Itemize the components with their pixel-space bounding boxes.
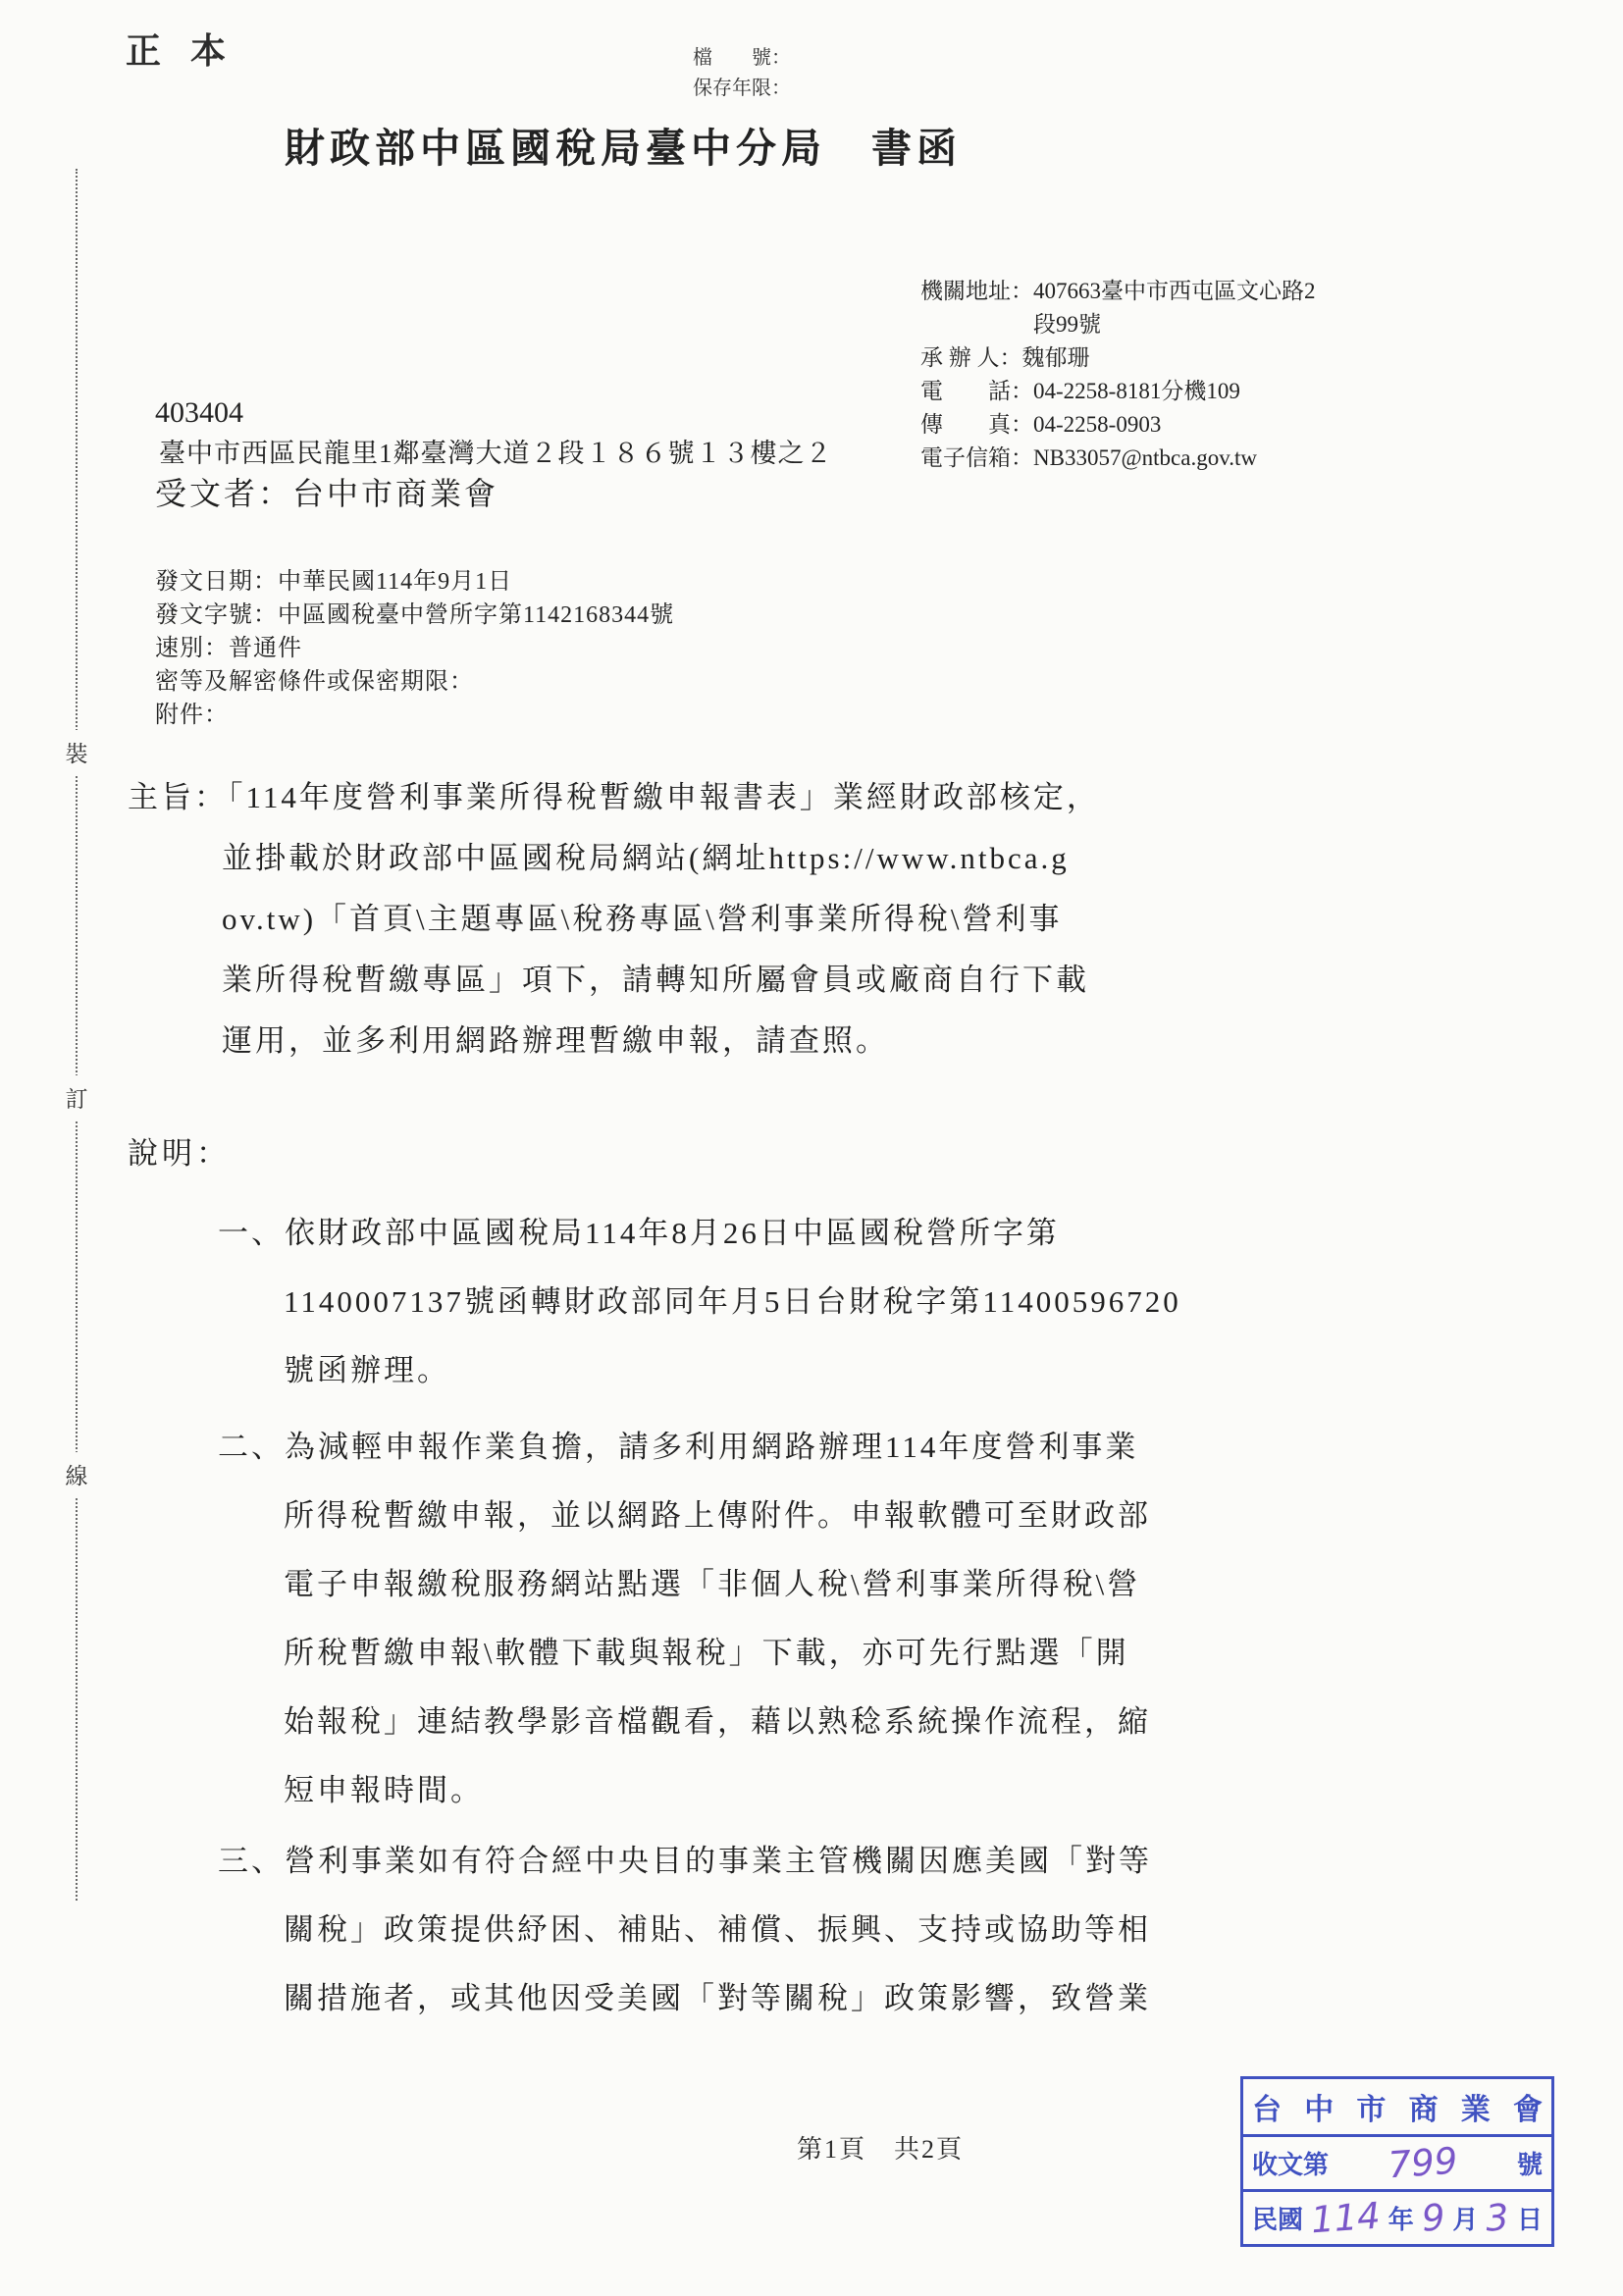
retention-period-label: 保存年限： [693,74,791,104]
stamp-date-row: 民國 114 年 9 月 3 日 [1243,2189,1551,2244]
stamp-day-suffix: 日 [1517,2200,1543,2236]
stamp-year-handwritten: 114 [1310,2198,1382,2239]
stamp-org-char: 市 [1356,2085,1386,2128]
description-item-2: 二、為減輕申報作業負擔，請多利用網路辦理114年度營利事業 所得稅暫繳申報，並以… [218,1413,1226,1825]
email-value: NB33057@ntbca.gov.tw [1033,442,1257,475]
file-number-label: 檔 號： [693,43,791,74]
binding-dotted-line [76,169,78,1901]
agency-address-value: 407663臺中市西屯區文心路2 段99號 [1033,275,1316,341]
stamp-date-prefix: 民國 [1252,2200,1303,2236]
stamp-month-handwritten: 9 [1420,2199,1445,2237]
fax-row: 傳 真： 04-2258-0903 [920,408,1316,442]
issue-number-line: 發文字號：中區國稅臺中營所字第1142168344號 [155,599,674,632]
stamp-day-handwritten: 3 [1485,2199,1510,2237]
description-heading: 說明： [128,1128,231,1173]
document-meta-block: 發文日期：中華民國114年9月1日 發文字號：中區國稅臺中營所字第1142168… [155,565,674,732]
received-stamp: 台 中 市 商 業 會 收文第 799 號 民國 114 年 9 月 3 日 [1240,2076,1554,2247]
page-number-footer: 第1頁 共2頁 [797,2129,964,2166]
binding-mark-zhuang: 裝 [60,730,93,774]
binding-mark-ding: 訂 [60,1075,93,1120]
contact-person-value: 魏郁珊 [1022,341,1090,375]
agency-address-label: 機關地址： [920,275,1033,308]
stamp-org-char: 業 [1461,2085,1491,2128]
fax-label: 傳 真： [920,408,1033,442]
stamp-org-char: 台 [1252,2085,1282,2128]
recipient-zip: 403404 [155,396,243,430]
document-title: 財政部中區國稅局臺中分局 書函 [285,116,962,174]
phone-label: 電 話： [920,375,1033,408]
copy-type-label: 正本 [126,24,255,74]
description-item-1: 一、依財政部中區國稅局114年8月26日中區國稅營所字第 1140007137號… [218,1199,1226,1405]
contact-person-row: 承 辦 人： 魏郁珊 [920,341,1316,375]
fax-value: 04-2258-0903 [1033,408,1161,442]
security-class-line: 密等及解密條件或保密期限： [155,665,674,699]
agency-address-row: 機關地址： 407663臺中市西屯區文心路2 段99號 [920,275,1316,341]
issue-date-line: 發文日期：中華民國114年9月1日 [155,565,674,599]
recipient-address: 臺中市西區民龍里1鄰臺灣大道２段１８６號１３樓之２ [159,432,833,470]
subject-paragraph: 主旨：「114年度營利事業所得稅暫繳申報書表」業經財政部核定， 並掛載於財政部中… [128,767,1213,1071]
email-row: 電子信箱： NB33057@ntbca.gov.tw [920,442,1316,475]
contact-person-label: 承 辦 人： [920,341,1022,375]
phone-row: 電 話： 04-2258-8181分機109 [920,375,1316,408]
agency-contact-block: 機關地址： 407663臺中市西屯區文心路2 段99號 承 辦 人： 魏郁珊 電… [920,275,1316,475]
email-label: 電子信箱： [920,442,1033,475]
stamp-receive-prefix: 收文第 [1252,2145,1329,2181]
stamp-org-row: 台 中 市 商 業 會 [1243,2079,1551,2134]
speed-class-line: 速別：普通件 [155,632,674,665]
stamp-org-char: 中 [1304,2085,1334,2128]
attachment-line: 附件： [155,699,674,732]
stamp-year-suffix: 年 [1388,2200,1414,2236]
stamp-org-char: 會 [1513,2085,1543,2128]
recipient-line: 受文者：台中市商業會 [155,469,498,514]
file-number-block: 檔 號： 保存年限： [693,43,791,104]
description-item-3: 三、營利事業如有符合經中央目的事業主管機關因應美國「對等 關稅」政策提供紓困、補… [218,1827,1226,2033]
stamp-receive-suffix: 號 [1517,2145,1543,2181]
phone-value: 04-2258-8181分機109 [1033,375,1240,408]
binding-mark-xian: 線 [60,1452,93,1496]
stamp-org-char: 商 [1409,2085,1439,2128]
stamp-month-suffix: 月 [1452,2200,1478,2236]
stamp-receive-number-handwritten: 799 [1328,2138,1518,2187]
stamp-receive-row: 收文第 799 號 [1243,2134,1551,2189]
